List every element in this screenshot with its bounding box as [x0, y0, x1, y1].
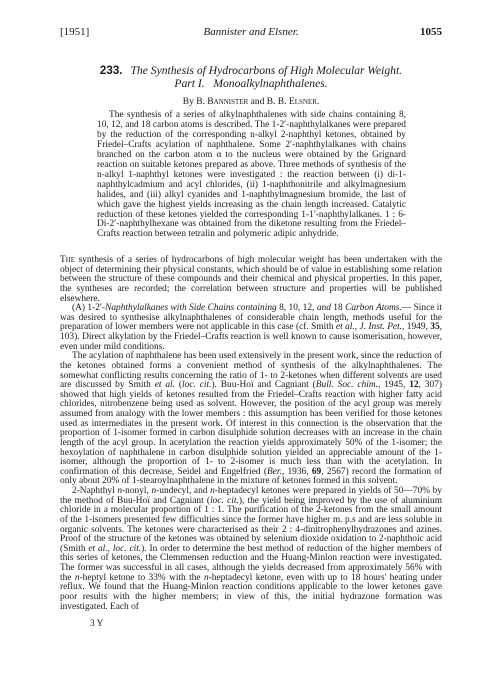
byline: By B. Bannister and B. B. Elsner.	[60, 97, 442, 107]
abstract: The synthesis of a series of alkylnaphth…	[97, 111, 406, 240]
ketones-paragraph: 2-Naphthyl n-nonyl, n-undecyl, and n-hep…	[60, 487, 442, 612]
section-a-and: and	[317, 303, 331, 313]
section-a-heading: Naphthylalkanes with Side Chains contain…	[105, 303, 277, 313]
byline-prefix: By B.	[183, 97, 208, 107]
citation-et-al: et al.	[155, 380, 175, 390]
intro-text: synthesis of a series of hydrocarbons of…	[60, 255, 442, 304]
abstract-text: The synthesis of a series of alkylnaphth…	[97, 111, 406, 240]
para-c-text: -undecyl, and	[156, 486, 210, 496]
running-head-authors: Bannister and Elsner.	[60, 26, 442, 38]
section-a-dash: —	[402, 303, 411, 313]
section-a-paragraph: (A) 1-2′-Naphthylalkanes with Side Chain…	[60, 304, 442, 352]
citation-volume: 12	[409, 380, 418, 390]
author-1: Bannister	[207, 97, 248, 107]
section-a-end: Carbon Atoms.	[345, 303, 402, 313]
section-a-18: 18	[331, 303, 345, 313]
byline-mid: and B. B.	[248, 97, 289, 107]
para-b-text: , 1945,	[378, 380, 409, 390]
para-c-text: 2-Naphthyl	[72, 486, 117, 496]
para-b-text: , 307) showed that high yields of ketone…	[60, 380, 442, 477]
para-b-text: (	[175, 380, 182, 390]
article-number: 233.	[100, 64, 123, 77]
citation-et-al: et al.	[336, 322, 355, 332]
author-2: Elsner	[289, 97, 317, 107]
article-body: The synthesis of a series of hydrocarbon…	[60, 256, 442, 612]
byline-suffix: .	[317, 97, 319, 107]
citation-volume: 35	[430, 322, 439, 332]
citation-journal: Bull. Soc. chim.	[316, 380, 378, 390]
title-line-2: Part I. Monoalkylnaphthalenes.	[60, 77, 442, 90]
para-a-text: , 1949,	[402, 322, 430, 332]
citation-journal: J. Inst. Pet.	[359, 322, 402, 332]
article-title: 233.The Synthesis of Hydrocarbons of Hig…	[60, 64, 442, 90]
para-c-text: -nonyl,	[122, 486, 151, 496]
acylation-paragraph: The acylation of naphthalene has been us…	[60, 352, 442, 487]
para-b-text: ). Buu-Hoï and Cagniant (	[211, 380, 315, 390]
signature-mark: 3 Y	[90, 619, 103, 629]
intro-paragraph: The synthesis of a series of hydrocarbon…	[60, 256, 442, 304]
title-line-1: The Synthesis of Hydrocarbons of High Mo…	[131, 64, 403, 77]
citation-loc-cit: loc. cit.	[182, 380, 211, 390]
intro-smallcaps: The	[60, 255, 75, 265]
journal-page: [1951] Bannister and Elsner. 1055 233.Th…	[0, 0, 500, 696]
section-a-label: (A) 1-2′-	[72, 303, 105, 313]
section-a-numbers: 8, 10, 12,	[277, 303, 317, 313]
running-head: [1951] Bannister and Elsner. 1055	[60, 26, 442, 40]
page-number: 1055	[420, 26, 442, 38]
